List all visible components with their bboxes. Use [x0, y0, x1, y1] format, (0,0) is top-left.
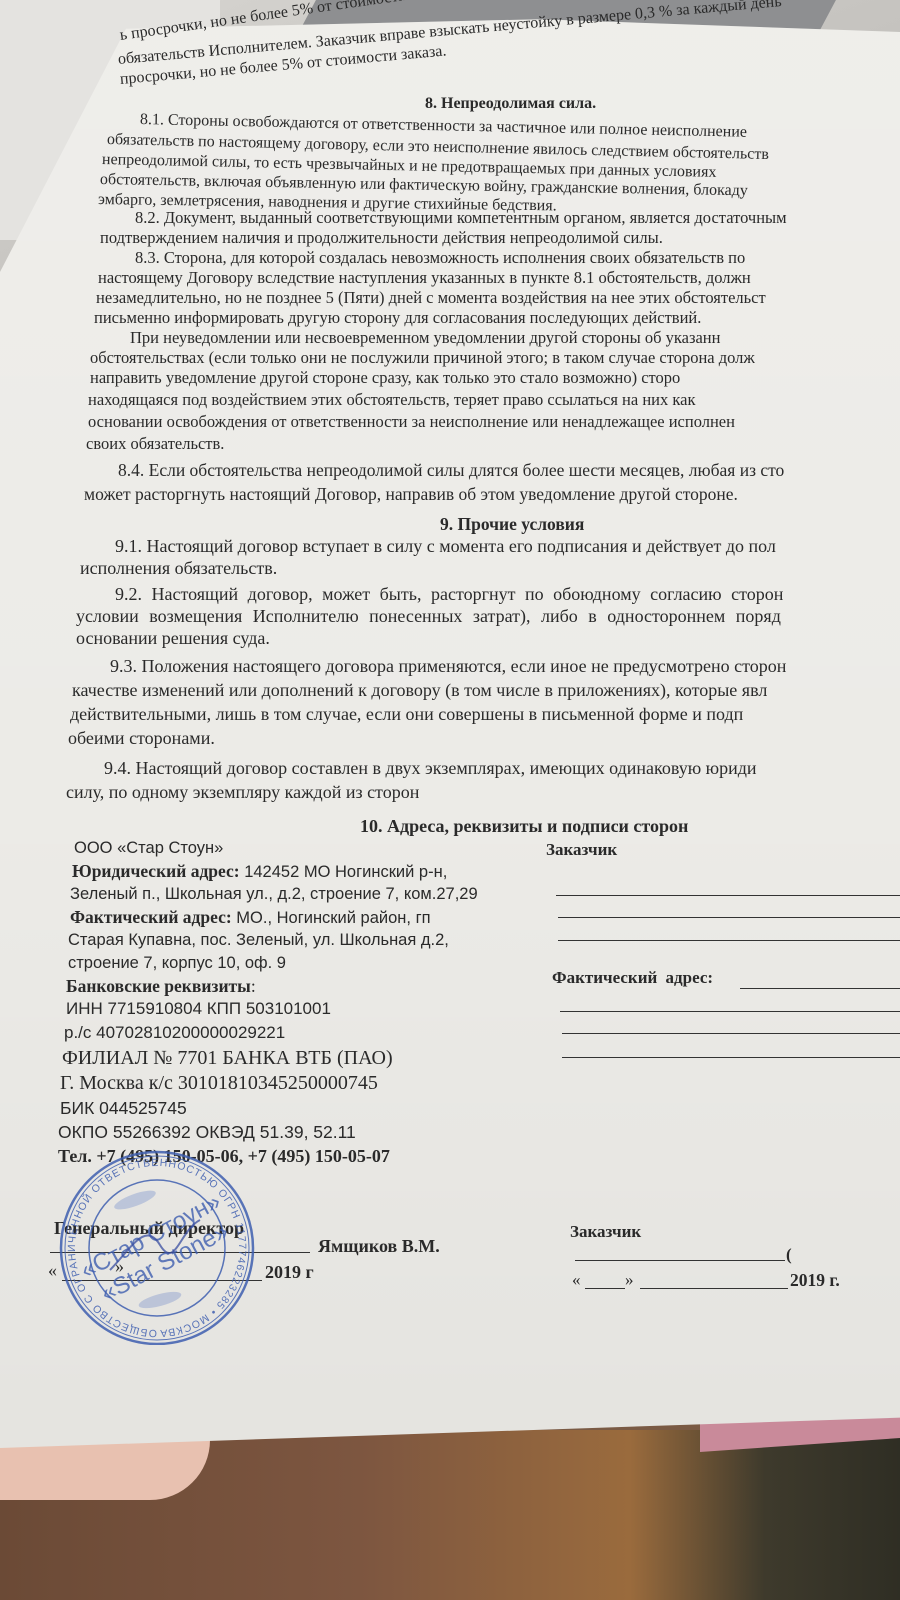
- customer-signature-line[interactable]: [575, 1260, 785, 1261]
- background-hand: [0, 1440, 210, 1500]
- section-8-title: 8. Непреодолимая сила.: [425, 94, 596, 114]
- text-line: 8.2. Документ, выданный соответствующими…: [135, 208, 787, 228]
- stamp-seal-icon: ОБЩЕСТВО С ОГРАНИЧЕННОЙ ОТВЕТСТВЕННОСТЬЮ…: [50, 1150, 265, 1345]
- customer-line[interactable]: [558, 940, 900, 941]
- bank-account: р./с 40702810200000029221: [64, 1023, 285, 1043]
- customer-year: 2019 г.: [790, 1270, 840, 1290]
- customer-line[interactable]: [562, 1057, 900, 1058]
- section-9-title: 9. Прочие условия: [440, 514, 584, 534]
- bik: БИК 044525745: [60, 1098, 187, 1118]
- text-line: 8.4. Если обстоятельства непреодолимой с…: [118, 460, 784, 480]
- customer-line[interactable]: [740, 988, 900, 989]
- text-line: основании решения суда.: [76, 628, 270, 648]
- customer-actual-address-label: Фактический адрес:: [552, 968, 713, 988]
- customer-date-open-quote: «: [572, 1270, 581, 1290]
- contractor-name: ООО «Стар Стоун»: [74, 838, 223, 858]
- legal-address-value: 142452 МО Ногинский р-н,: [240, 863, 448, 881]
- customer-line[interactable]: [562, 1033, 900, 1034]
- signatory-name: Ямщиков В.М.: [318, 1236, 440, 1256]
- text-line: качестве изменений или дополнений к дого…: [72, 680, 767, 700]
- contractor-legal-address-line2: Зеленый п., Школьная ул., д.2, строение …: [70, 884, 478, 904]
- text-line: обеими сторонами.: [68, 728, 215, 748]
- text-line: силу, по одному экземпляру каждой из сто…: [66, 782, 419, 802]
- text-line: направить уведомление другой стороне сра…: [90, 368, 680, 388]
- contractor-legal-address: Юридический адрес: 142452 МО Ногинский р…: [72, 861, 447, 882]
- text-line: 9.3. Положения настоящего договора приме…: [110, 656, 786, 676]
- section-10-title: 10. Адреса, реквизиты и подписи сторон: [360, 816, 688, 836]
- text-line: своих обязательств.: [86, 434, 224, 454]
- bank-details-label: Банковские реквизиты:: [66, 976, 256, 996]
- text-line: подтверждением наличия и продолжительнос…: [100, 228, 663, 248]
- text-line: настоящему Договору вследствие наступлен…: [98, 268, 751, 288]
- actual-address-label: Фактический адрес:: [70, 907, 232, 927]
- contractor-year: 2019 г: [265, 1262, 314, 1282]
- customer-date-close-quote: »: [625, 1270, 634, 1290]
- customer-line[interactable]: [556, 895, 900, 896]
- bank-name: ФИЛИАЛ № 7701 БАНКА ВТБ (ПАО): [62, 1048, 393, 1068]
- text-line: 8.3. Сторона, для которой создалась нево…: [135, 248, 745, 268]
- customer-title: Заказчик: [546, 840, 617, 860]
- text-line: основании освобождения от ответственност…: [88, 412, 735, 432]
- text-line: условии возмещения Исполнителю понесенны…: [76, 606, 781, 626]
- text-line: письменно информировать другую сторону д…: [94, 308, 701, 328]
- bank-label: Банковские реквизиты: [66, 976, 251, 996]
- text-line: находящаяся под воздействием этих обстоя…: [88, 390, 695, 410]
- customer-line[interactable]: [560, 1011, 900, 1012]
- actual-address-value: МО., Ногинский район, гп: [232, 909, 431, 927]
- customer-line[interactable]: [558, 917, 900, 918]
- contractor-actual-address-line3: строение 7, корпус 10, оф. 9: [68, 953, 286, 973]
- contractor-actual-address-line2: Старая Купавна, пос. Зеленый, ул. Школьн…: [68, 930, 449, 950]
- contractor-actual-address: Фактический адрес: МО., Ногинский район,…: [70, 907, 431, 928]
- text-line: 9.4. Настоящий договор составлен в двух …: [104, 758, 757, 778]
- customer-sign-title: Заказчик: [570, 1222, 641, 1242]
- correspondent-account: Г. Москва к/с 30101810345250000745: [60, 1073, 378, 1093]
- text-line: При неуведомлении или несвоевременном ув…: [130, 328, 720, 348]
- customer-month-line[interactable]: [640, 1288, 788, 1289]
- company-stamp: ОБЩЕСТВО С ОГРАНИЧЕННОЙ ОТВЕТСТВЕННОСТЬЮ…: [50, 1150, 265, 1345]
- customer-paren: (: [786, 1245, 792, 1265]
- legal-address-label: Юридический адрес:: [72, 861, 240, 881]
- text-line: действительными, лишь в том случае, если…: [70, 704, 743, 724]
- inn-kpp: ИНН 7715910804 КПП 503101001: [66, 999, 331, 1019]
- text-line: 9.1. Настоящий договор вступает в силу с…: [115, 536, 776, 556]
- text-line: может расторгнуть настоящий Договор, нап…: [84, 484, 738, 504]
- text-line: исполнения обязательств.: [80, 558, 277, 578]
- bank-colon: :: [251, 976, 256, 996]
- text-line: обстоятельствах (если только они не посл…: [90, 348, 755, 368]
- okpo-okved: ОКПО 55266392 ОКВЭД 51.39, 52.11: [58, 1122, 356, 1142]
- customer-day-line[interactable]: [585, 1288, 625, 1289]
- text-line: 9.2. Настоящий договор, может быть, раст…: [115, 584, 783, 604]
- text-line: незамедлительно, но не позднее 5 (Пяти) …: [96, 288, 766, 308]
